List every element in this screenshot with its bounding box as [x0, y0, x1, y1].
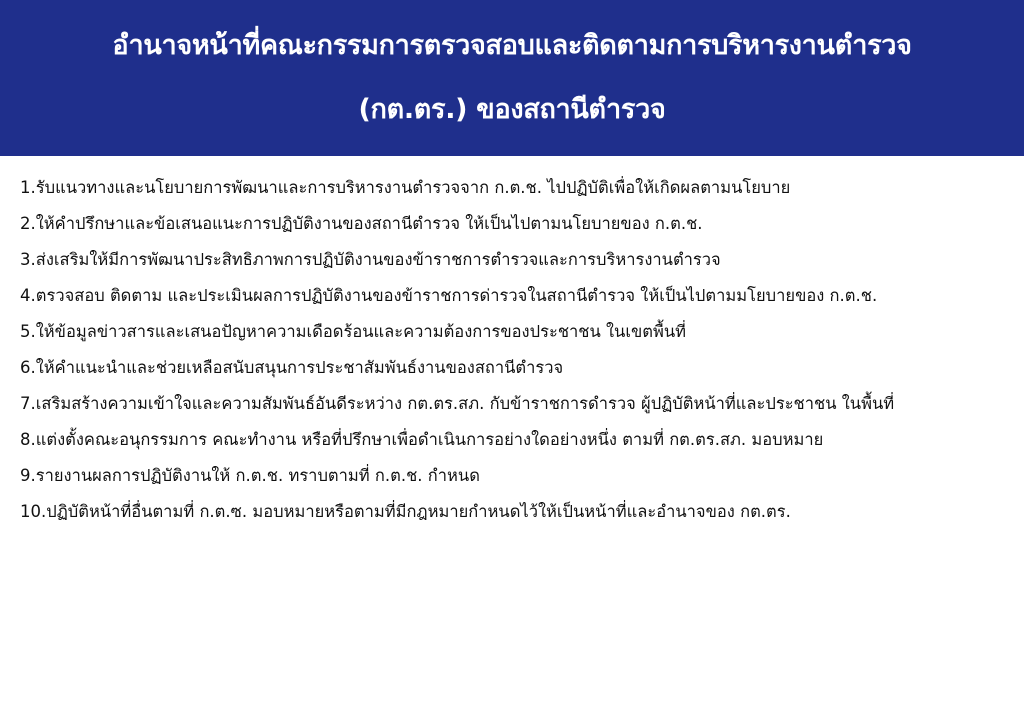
duty-item-7: 7.เสริมสร้างความเข้าใจและความสัมพันธ์อัน…	[20, 386, 1024, 422]
page-title-line-1: อำนาจหน้าที่คณะกรรมการตรวจสอบและติดตามกา…	[0, 14, 1024, 78]
duty-item-9: 9.รายงานผลการปฏิบัติงานให้ ก.ต.ช. ทราบตา…	[20, 458, 1024, 494]
duty-item-8: 8.แต่งตั้งคณะอนุกรรมการ คณะทำงาน หรือที่…	[20, 422, 1024, 458]
header-banner: อำนาจหน้าที่คณะกรรมการตรวจสอบและติดตามกา…	[0, 0, 1024, 156]
duty-item-4: 4.ตรวจสอบ ติดตาม และประเมินผลการปฏิบัติง…	[20, 278, 1024, 314]
duty-item-10: 10.ปฏิบัติหน้าที่อื่นตามที่ ก.ต.ซ. มอบหม…	[20, 494, 1024, 530]
duty-item-6: 6.ให้คำแนะนำและช่วยเหลือสนับสนุนการประชา…	[20, 350, 1024, 386]
duties-list: 1.รับแนวทางและนโยบายการพัฒนาและการบริหาร…	[0, 156, 1024, 530]
duty-item-1: 1.รับแนวทางและนโยบายการพัฒนาและการบริหาร…	[20, 170, 1024, 206]
duty-item-2: 2.ให้คำปรึกษาและข้อเสนอแนะการปฏิบัติงานข…	[20, 206, 1024, 242]
page-title-line-2: (กต.ตร.) ของสถานีตำรวจ	[0, 78, 1024, 142]
duty-item-3: 3.ส่งเสริมให้มีการพัฒนาประสิทธิภาพการปฏิ…	[20, 242, 1024, 278]
duty-item-5: 5.ให้ข้อมูลข่าวสารและเสนอปัญหาความเดือดร…	[20, 314, 1024, 350]
